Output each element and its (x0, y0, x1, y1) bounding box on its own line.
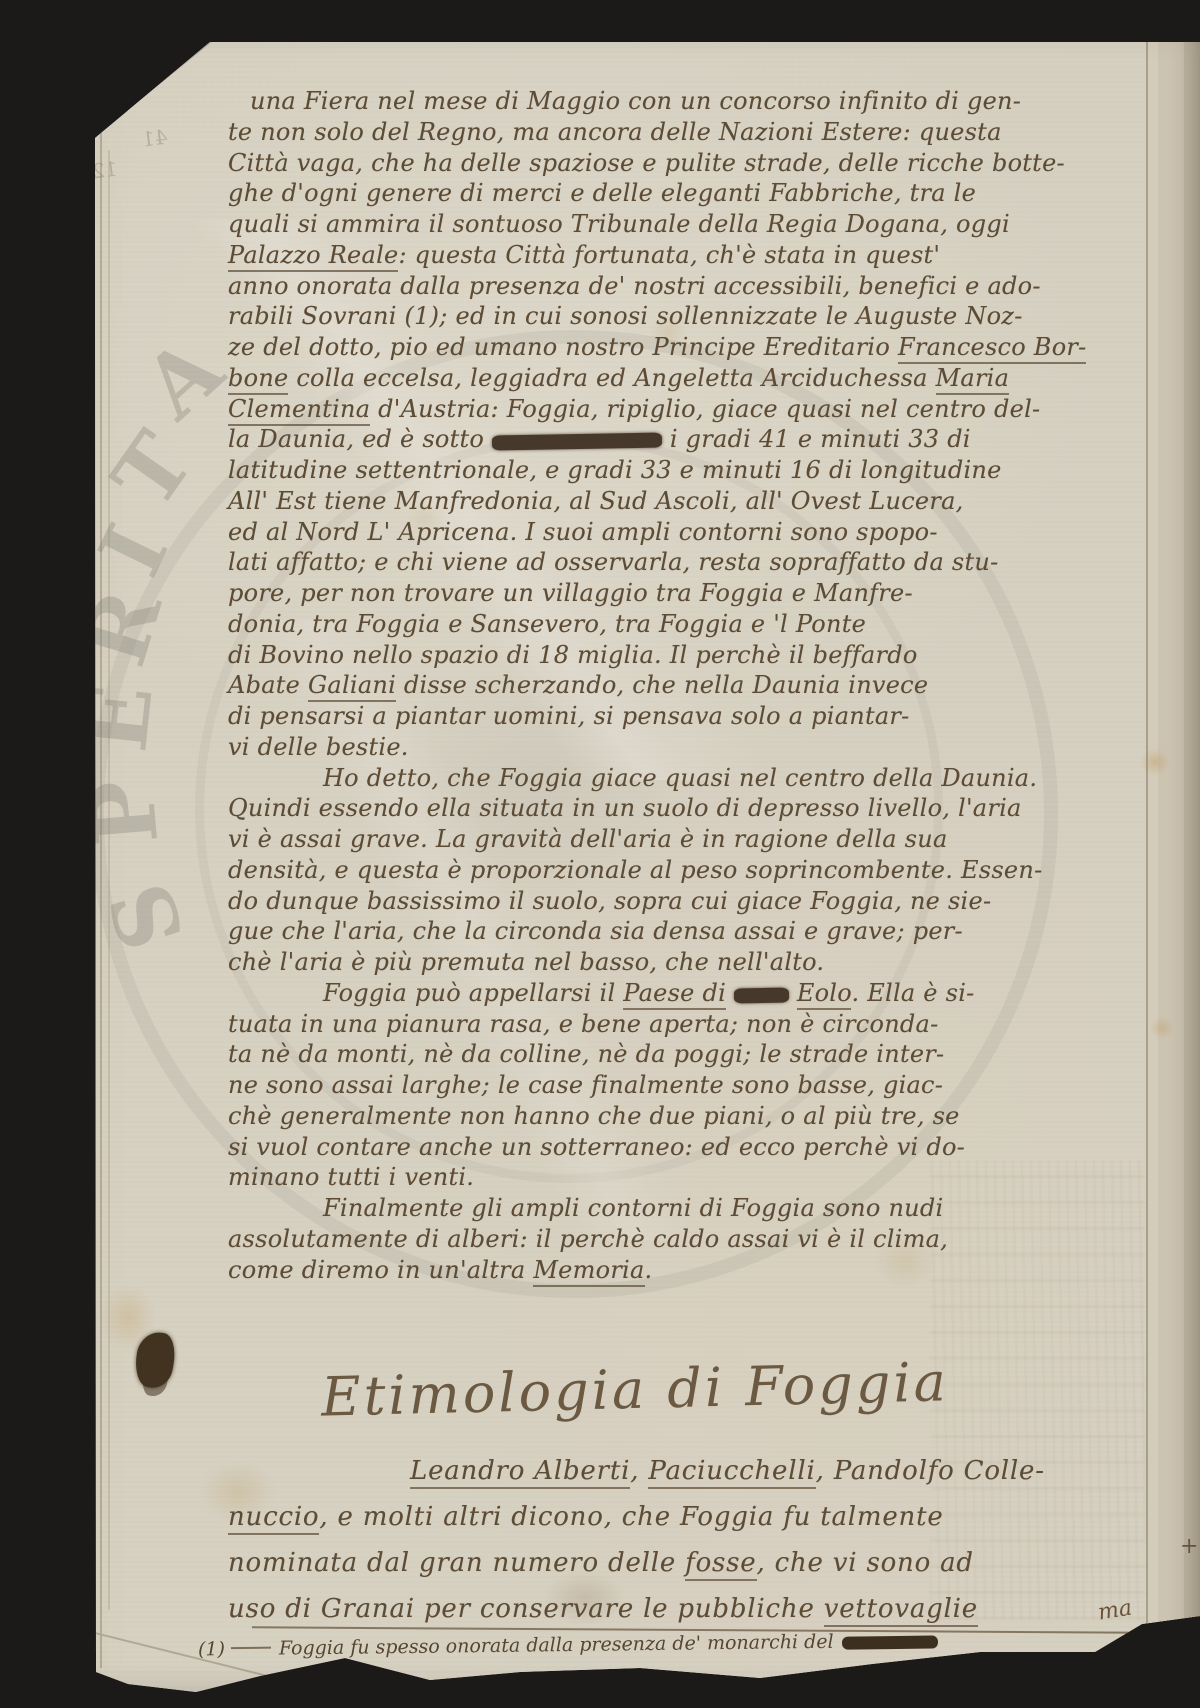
manuscript-text-block: una Fiera nel mese di Maggio con un conc… (228, 86, 1098, 1285)
text-segment: Paciucchelli (648, 1456, 815, 1489)
manuscript-line: ed al Nord L' Apricena. I suoi ampli con… (228, 517, 1098, 548)
manuscript-line: Quindi essendo ella situata in un suolo … (228, 793, 1098, 824)
text-segment: anno onorata dalla presenza de' nostri a… (228, 272, 1041, 300)
text-segment: ghe d'ogni genere di merci e delle elega… (228, 179, 976, 207)
text-segment: tuata in una pianura rasa, e bene aperta… (228, 1010, 938, 1038)
text-segment: fosse (685, 1548, 756, 1581)
text-segment: minano tutti i venti. (228, 1163, 474, 1191)
text-segment (726, 979, 734, 1007)
text-segment: disse scherzando, che nella Daunia invec… (396, 671, 928, 699)
text-segment: una Fiera nel mese di Maggio con un conc… (250, 87, 1021, 115)
text-segment: chè generalmente non hanno che due piani… (228, 1102, 960, 1130)
footnote-marker: (1) (198, 1638, 225, 1660)
text-segment: . Ella è si- (851, 979, 974, 1007)
manuscript-line: latitudine settentrionale, e gradi 33 e … (228, 455, 1098, 486)
manuscript-line: anno onorata dalla presenza de' nostri a… (228, 271, 1098, 302)
manuscript-line: la Daunia, ed è sotto i gradi 41 e minut… (228, 424, 1098, 455)
footnote-continuation: nostro (1107, 1638, 1167, 1663)
manuscript-line: nominata dal gran numero delle fosse, ch… (228, 1540, 1128, 1586)
text-segment: di pensarsi a piantar uomini, si pensava… (228, 702, 910, 730)
manuscript-line: Finalmente gli ampli contorni di Foggia … (228, 1193, 1098, 1224)
text-segment: Clementina (228, 395, 370, 426)
manuscript-line: di pensarsi a piantar uomini, si pensava… (228, 701, 1098, 732)
text-segment: nominata dal gran numero delle (228, 1548, 685, 1578)
text-segment: assolutamente di alberi: il perchè caldo… (228, 1225, 948, 1253)
manuscript-line: si vuol contare anche un sotterraneo: ed… (228, 1132, 1098, 1163)
text-segment: gue che l'aria, che la circonda sia dens… (228, 917, 963, 945)
text-segment: Leandro Alberti (410, 1456, 630, 1489)
manuscript-scan: { "page": { "heading": "Etimologia di Fo… (0, 0, 1200, 1708)
text-segment: la Daunia, ed è sotto (228, 425, 492, 453)
text-segment: chè l'aria è più premuta nel basso, che … (228, 948, 824, 976)
text-segment: Memoria (533, 1256, 644, 1287)
text-segment: d'Austria: Foggia, ripiglio, giace quasi… (370, 395, 1040, 423)
text-segment: . (645, 1256, 653, 1284)
manuscript-line: do dunque bassissimo il suolo, sopra cui… (228, 886, 1098, 917)
text-segment: Galiani (308, 671, 396, 702)
text-segment: nuccio (228, 1502, 319, 1535)
manuscript-line: All' Est tiene Manfredonia, al Sud Ascol… (228, 486, 1098, 517)
manuscript-line: Clementina d'Austria: Foggia, ripiglio, … (228, 394, 1098, 425)
manuscript-line: minano tutti i venti. (228, 1162, 1098, 1193)
text-segment: di Bovino nello spazio di 18 miglia. Il … (228, 641, 918, 669)
manuscript-line: ta nè da monti, nè da colline, nè da pog… (228, 1039, 1098, 1070)
manuscript-line: quali si ammira il sontuoso Tribunale de… (228, 209, 1098, 240)
catchword: ma (1096, 1595, 1133, 1625)
text-segment: pore, per non trovare un villaggio tra F… (228, 579, 913, 607)
manuscript-line: chè l'aria è più premuta nel basso, che … (228, 947, 1098, 978)
text-segment: Paese di (623, 979, 726, 1010)
tail-text-block: Leandro Alberti, Paciucchelli, Pandolfo … (228, 1448, 1128, 1632)
manuscript-line: tuata in una pianura rasa, e bene aperta… (228, 1009, 1098, 1040)
text-segment: i gradi 41 e minuti 33 di (662, 425, 971, 453)
manuscript-line: ghe d'ogni genere di merci e delle elega… (228, 178, 1098, 209)
margin-plus-mark: + (1180, 1534, 1198, 1559)
text-segment: Ho detto, che Foggia giace quasi nel cen… (323, 764, 1037, 792)
manuscript-line: Palazzo Reale: questa Città fortunata, c… (228, 240, 1098, 271)
text-segment: , che vi sono ad (757, 1548, 974, 1578)
manuscript-line: pore, per non trovare un villaggio tra F… (228, 578, 1098, 609)
text-segment: uso di Granai per conservare le pubblich… (228, 1594, 824, 1624)
manuscript-line: chè generalmente non hanno che due piani… (228, 1101, 1098, 1132)
text-segment: lati affatto; e chi viene ad osservarla,… (228, 548, 998, 576)
manuscript-line: donia, tra Foggia e Sansevero, tra Foggi… (228, 609, 1098, 640)
manuscript-line: assolutamente di alberi: il perchè caldo… (228, 1224, 1098, 1255)
manuscript-line: di Bovino nello spazio di 18 miglia. Il … (228, 640, 1098, 671)
text-segment: Finalmente gli ampli contorni di Foggia … (323, 1194, 943, 1222)
struck-out-word (734, 987, 789, 1003)
text-segment: latitudine settentrionale, e gradi 33 e … (228, 456, 1002, 484)
manuscript-line: lati affatto; e chi viene ad osservarla,… (228, 547, 1098, 578)
text-segment: : questa Città fortunata, ch'è stata in … (398, 241, 940, 269)
footnote-blot (842, 1635, 938, 1649)
text-segment: bone (228, 364, 288, 395)
manuscript-line: ne sono assai larghe; le case finalmente… (228, 1070, 1098, 1101)
manuscript-line: rabili Sovrani (1); ed in cui sonosi sol… (228, 301, 1098, 332)
manuscript-line: Leandro Alberti, Paciucchelli, Pandolfo … (228, 1448, 1128, 1494)
manuscript-line: vi è assai grave. La gravità dell'aria è… (228, 824, 1098, 855)
manuscript-line: come diremo in un'altra Memoria. (228, 1255, 1098, 1286)
text-segment: Francesco Bor- (898, 333, 1087, 364)
manuscript-line: Abate Galiani disse scherzando, che nell… (228, 670, 1098, 701)
footnote-dash (231, 1647, 271, 1649)
manuscript-line: bone colla eccelsa, leggiadra ed Angelet… (228, 363, 1098, 394)
manuscript-line: gue che l'aria, che la circonda sia dens… (228, 916, 1098, 947)
struck-out-word (492, 433, 662, 451)
text-segment: Quindi essendo ella situata in un suolo … (228, 794, 1022, 822)
text-segment: ne sono assai larghe; le case finalmente… (228, 1071, 943, 1099)
manuscript-line: Foggia può appellarsi il Paese di Eolo. … (228, 978, 1098, 1009)
manuscript-line: ze del dotto, pio ed umano nostro Princi… (228, 332, 1098, 363)
text-segment: densità, e questa è proporzionale al pes… (228, 856, 1042, 884)
text-segment: Abate (228, 671, 308, 699)
text-segment: quali si ammira il sontuoso Tribunale de… (228, 210, 1010, 238)
text-segment: Città vaga, che ha delle spaziose e puli… (228, 149, 1065, 177)
text-segment: Palazzo Reale (228, 241, 398, 272)
manuscript-page: ATIREPS 41 12 una Fiera nel mese di Magg… (0, 0, 1200, 1708)
text-segment: do dunque bassissimo il suolo, sopra cui… (228, 887, 991, 915)
manuscript-line: vi delle bestie. (228, 732, 1098, 763)
text-segment: ta nè da monti, nè da colline, nè da pog… (228, 1040, 944, 1068)
scan-background: ATIREPS 41 12 una Fiera nel mese di Magg… (0, 0, 1200, 1708)
manuscript-line: una Fiera nel mese di Maggio con un conc… (228, 86, 1098, 117)
text-segment: come diremo in un'altra (228, 1256, 533, 1284)
text-segment: te non solo del Regno, ma ancora delle N… (228, 118, 1002, 146)
text-segment: donia, tra Foggia e Sansevero, tra Foggi… (228, 610, 866, 638)
manuscript-line: densità, e questa è proporzionale al pes… (228, 855, 1098, 886)
manuscript-line: nuccio, e molti altri dicono, che Foggia… (228, 1494, 1128, 1540)
text-segment: si vuol contare anche un sotterraneo: ed… (228, 1133, 965, 1161)
text-segment: vi delle bestie. (228, 733, 409, 761)
text-segment: colla eccelsa, leggiadra ed Angeletta Ar… (288, 364, 935, 392)
text-segment: vi è assai grave. La gravità dell'aria è… (228, 825, 948, 853)
text-segment: vettovaglie (824, 1594, 978, 1627)
text-segment: , (630, 1456, 648, 1486)
text-segment: Maria (936, 364, 1010, 395)
text-segment: Foggia può appellarsi il (323, 979, 623, 1007)
manuscript-line: te non solo del Regno, ma ancora delle N… (228, 117, 1098, 148)
text-segment (789, 979, 797, 1007)
text-segment: rabili Sovrani (1); ed in cui sonosi sol… (228, 302, 1023, 330)
text-segment: ze del dotto, pio ed umano nostro Princi… (228, 333, 898, 361)
text-segment: All' Est tiene Manfredonia, al Sud Ascol… (228, 487, 964, 515)
text-segment: , e molti altri dicono, che Foggia fu ta… (319, 1502, 943, 1532)
text-segment: ed al Nord L' Apricena. I suoi ampli con… (228, 518, 938, 546)
manuscript-line: Ho detto, che Foggia giace quasi nel cen… (228, 763, 1098, 794)
manuscript-line: uso di Granai per conservare le pubblich… (228, 1586, 1128, 1632)
text-segment: , Pandolfo Colle- (816, 1456, 1045, 1486)
text-segment: Eolo (797, 979, 852, 1010)
manuscript-line: Città vaga, che ha delle spaziose e puli… (228, 148, 1098, 179)
